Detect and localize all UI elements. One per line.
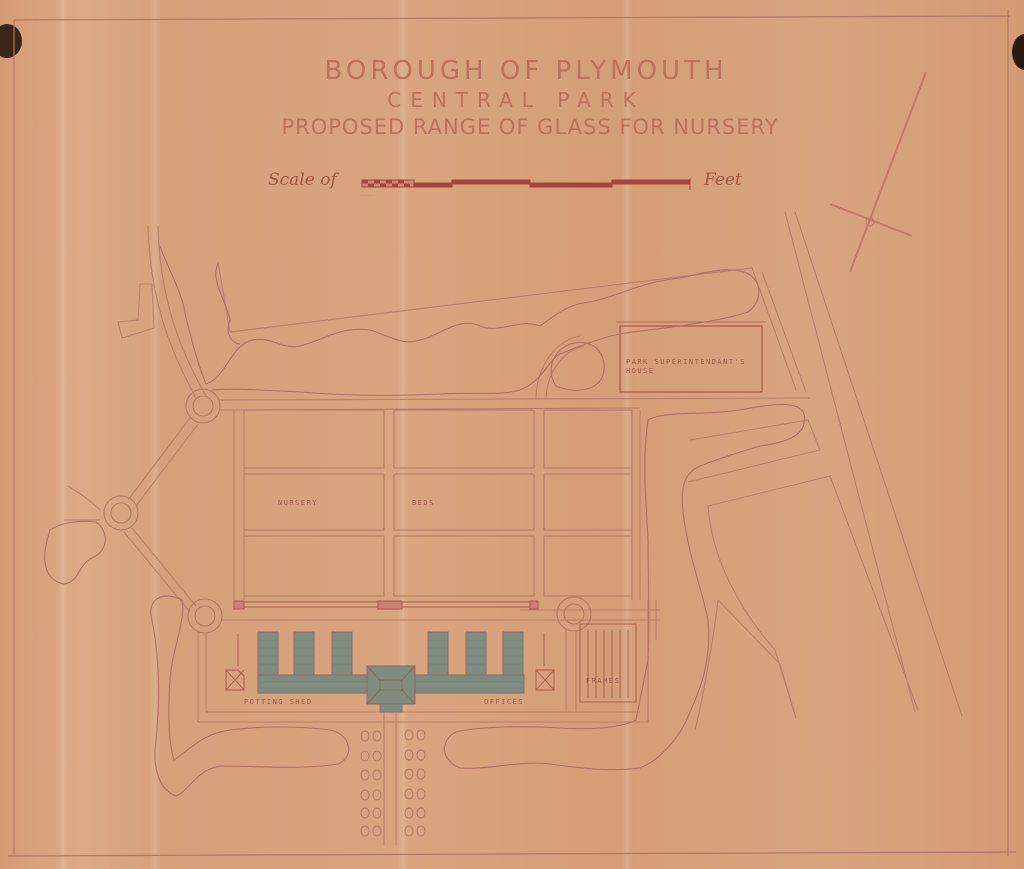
label-frames: FRAMES — [586, 677, 620, 685]
label-potting-shed: POTTING SHED — [244, 698, 313, 706]
scale-label: Scale of — [268, 170, 337, 190]
label-superintendent-house: PARK SUPERINTENDANT'S — [626, 358, 746, 366]
svg-text:·: · — [608, 193, 609, 197]
frames-block — [580, 624, 636, 702]
label-beds: BEDS — [412, 499, 435, 507]
scale-unit: Feet — [704, 170, 742, 190]
svg-text:·: · — [687, 193, 688, 197]
bed-boundary-wall — [234, 601, 538, 609]
title-subject: PROPOSED RANGE OF GLASS FOR NURSERY — [18, 115, 1024, 139]
scale-bar — [362, 178, 690, 190]
label-offices: OFFICES — [484, 698, 524, 706]
label-nursery: NURSERY — [278, 499, 318, 507]
avenue-trees — [361, 730, 425, 836]
title-borough: BOROUGH OF PLYMOUTH — [14, 56, 1024, 86]
svg-text:. . . . . . . .: . . . . . . . . — [360, 193, 374, 197]
title-park: CENTRAL PARK — [4, 88, 1024, 112]
svg-text:·: · — [451, 193, 452, 197]
tree-belts — [45, 246, 805, 796]
scale-ticks: . . . . . . . . ·· ·· — [360, 193, 688, 197]
superintendent-house — [616, 322, 766, 392]
svg-text:·: · — [528, 193, 529, 197]
plan-sheet: . . . . . . . . ·· ·· — [0, 0, 1024, 869]
label-superintendent-house-2: HOUSE — [626, 367, 655, 375]
lodge-outline — [118, 284, 154, 338]
